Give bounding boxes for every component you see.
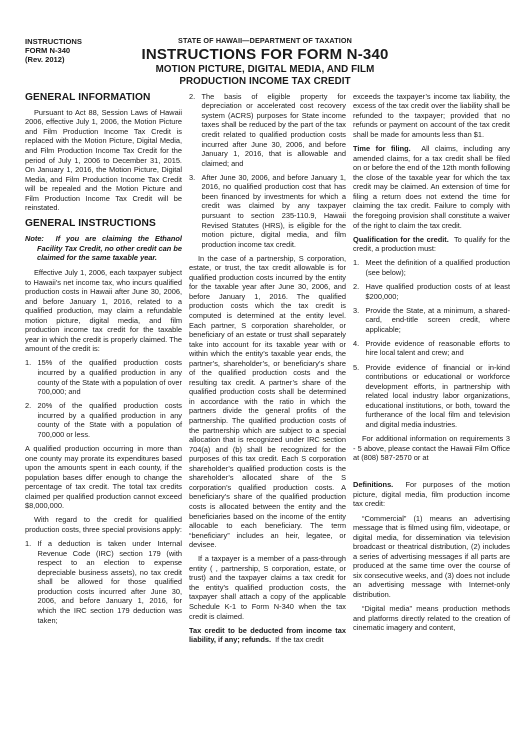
list-item: 1.If a deduction is taken under Internal… — [25, 539, 182, 625]
form-id-line-3: (Rev. 2012) — [25, 55, 82, 64]
list-number: 5. — [353, 363, 366, 430]
list-number: 2. — [25, 401, 38, 439]
paragraph: If a taxpayer is a member of a pass-thro… — [189, 554, 346, 621]
list-text: Provide evidence of financial or in-kind… — [366, 363, 511, 430]
blank-line — [353, 467, 510, 480]
list-text: Have qualified production costs of at le… — [366, 282, 511, 301]
list-number: 4. — [353, 339, 366, 358]
paragraph: Qualification for the credit. To qualify… — [353, 235, 510, 254]
bold-lead: Tax credit to be deducted from income ta… — [189, 626, 346, 645]
columns: GENERAL INFORMATIONPursuant to Act 88, S… — [0, 87, 530, 650]
list-item: 5.Provide evidence of financial or in-ki… — [353, 363, 510, 430]
list-item: 3.Provide the State, at a minimum, a sha… — [353, 306, 510, 335]
list-text: 20% of the qualified production costs in… — [38, 401, 183, 439]
list-number: 2. — [353, 282, 366, 301]
list-text: Provide the State, at a minimum, a share… — [366, 306, 511, 335]
paragraph: A qualified production occurring in more… — [25, 444, 182, 511]
paragraph: Effective July 1, 2006, each taxpayer su… — [25, 268, 182, 354]
list-number: 3. — [353, 306, 366, 335]
list-item: 2.The basis of eligible property for dep… — [189, 92, 346, 168]
subtitle-line-2: PRODUCTION INCOME TAX CREDIT — [0, 77, 530, 87]
column-1: GENERAL INFORMATIONPursuant to Act 88, S… — [25, 92, 182, 650]
bold-lead: Note: — [25, 234, 50, 243]
paragraph: Definitions. For purposes of the motion … — [353, 480, 510, 509]
section-heading: GENERAL INSTRUCTIONS — [25, 218, 182, 230]
note-paragraph: Note: If you are claiming the Ethanol Fa… — [25, 234, 182, 263]
list-number: 3. — [189, 173, 202, 249]
list-item: 1.Meet the definition of a qualified pro… — [353, 258, 510, 277]
bold-lead: Qualification for the credit. — [353, 235, 451, 244]
list-text: If a deduction is taken under Internal R… — [38, 539, 183, 625]
paragraph: exceeds the taxpayer’s income tax liabil… — [353, 92, 510, 140]
paragraph: In the case of a partnership, S corporat… — [189, 254, 346, 550]
paragraph: “Digital media” means production methods… — [353, 604, 510, 633]
paragraph: For additional information on requiremen… — [353, 434, 510, 463]
bold-lead: Definitions. — [353, 480, 399, 489]
paragraph: With regard to the credit for qualified … — [25, 515, 182, 534]
list-text: 15% of the qualified production costs in… — [38, 358, 183, 396]
list-item: 4.Provide evidence of reasonable efforts… — [353, 339, 510, 358]
list-number: 1. — [25, 358, 38, 396]
paragraph: Time for filing. All claims, including a… — [353, 144, 510, 230]
paragraph: Pursuant to Act 88, Session Laws of Hawa… — [25, 108, 182, 213]
list-text: After June 30, 2006, and before January … — [202, 173, 347, 249]
list-item: 2.Have qualified production costs of at … — [353, 282, 510, 301]
form-id-block: INSTRUCTIONS FORM N-340 (Rev. 2012) — [25, 37, 82, 65]
bold-lead: Time for filing. — [353, 144, 416, 153]
document-page: INSTRUCTIONS FORM N-340 (Rev. 2012) STAT… — [0, 0, 530, 749]
list-text: Provide evidence of reasonable efforts t… — [366, 339, 511, 358]
list-number: 2. — [189, 92, 202, 168]
paragraph: “Commercial” (1) means an advertising me… — [353, 514, 510, 600]
section-heading: GENERAL INFORMATION — [25, 92, 182, 104]
list-number: 1. — [353, 258, 366, 277]
list-item: 2.20% of the qualified production costs … — [25, 401, 182, 439]
list-text: Meet the definition of a qualified produ… — [366, 258, 511, 277]
list-item: 3.After June 30, 2006, and before Januar… — [189, 173, 346, 249]
subtitle-line-1: MOTION PICTURE, DIGITAL MEDIA, AND FILM — [0, 65, 530, 75]
form-id-line-2: FORM N-340 — [25, 46, 82, 55]
form-id-line-1: INSTRUCTIONS — [25, 37, 82, 46]
column-2: 2.The basis of eligible property for dep… — [189, 92, 346, 650]
list-number: 1. — [25, 539, 38, 625]
paragraph: Tax credit to be deducted from income ta… — [189, 626, 346, 645]
document-header: INSTRUCTIONS FORM N-340 (Rev. 2012) STAT… — [0, 0, 530, 87]
column-3: exceeds the taxpayer’s income tax liabil… — [353, 92, 510, 650]
list-text: The basis of eligible property for depre… — [202, 92, 347, 168]
list-item: 1.15% of the qualified production costs … — [25, 358, 182, 396]
